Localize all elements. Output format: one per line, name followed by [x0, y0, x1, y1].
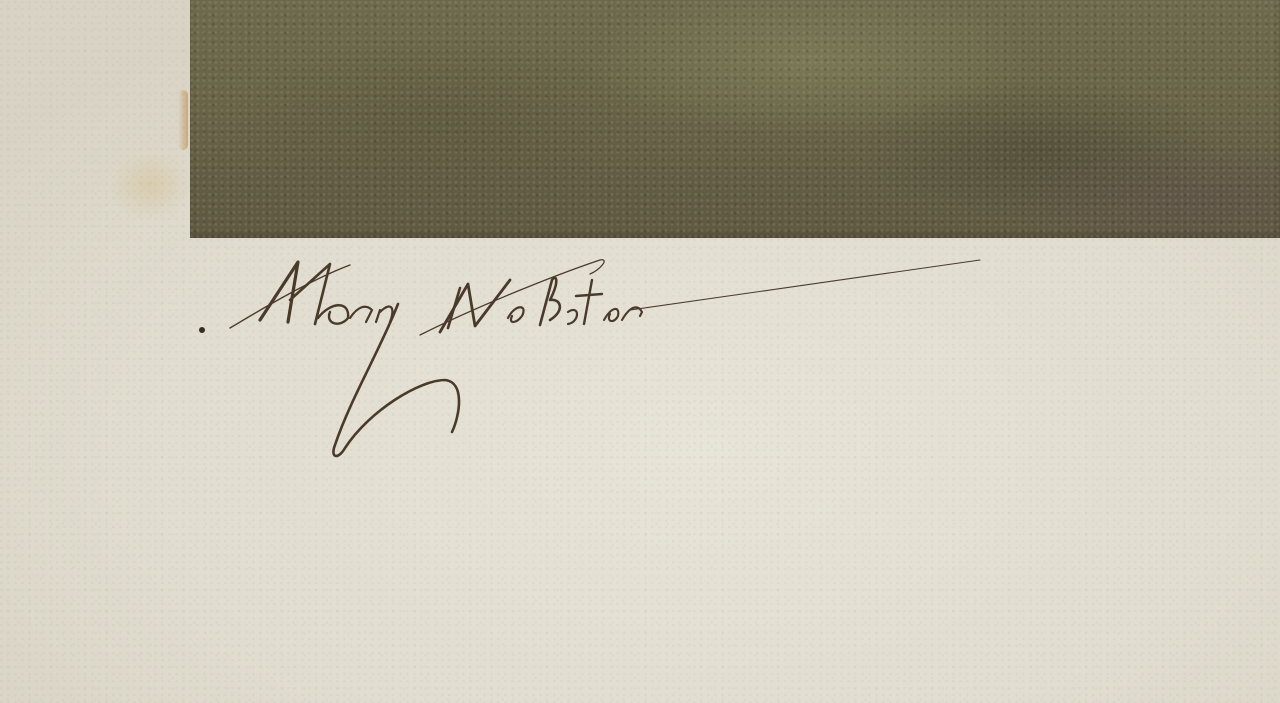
signature-handwriting: [190, 240, 990, 470]
watercolor-painting: [190, 0, 1280, 238]
edge-stain: [178, 90, 188, 150]
